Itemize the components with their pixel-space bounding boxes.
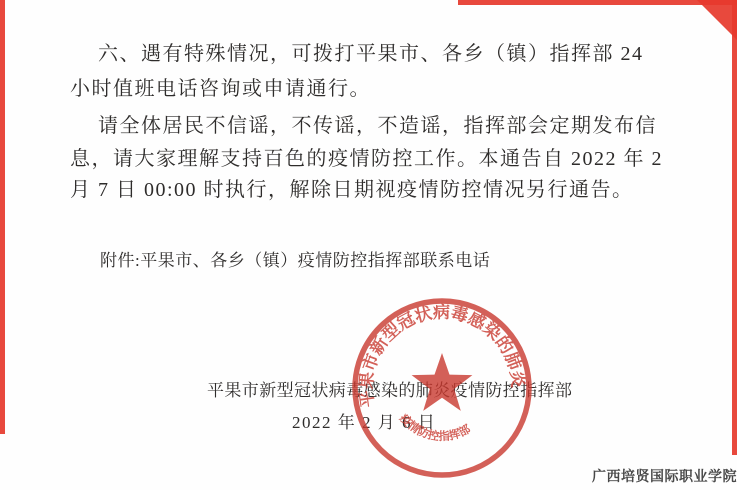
official-seal-stamp: 平果市新型冠状病毒感染的肺炎 疫情防控指挥部 [347,293,537,483]
body-line-5: 月 7 日 00:00 时执行，解除日期视疫情防控情况另行通告。 [70,173,634,202]
body-line-2: 小时值班电话咨询或申请通行。 [70,72,371,101]
seal-star [412,353,473,411]
left-edge-accent [0,0,5,434]
body-line-1: 六、遇有特殊情况，可拨打平果市、各乡（镇）指挥部 24 [98,37,644,66]
watermark-text: 广西培贤国际职业学院 [592,466,737,486]
seal-bottom-text: 疫情防控指挥部 [396,410,473,443]
attachment-line: 附件:平果市、各乡（镇）疫情防控指挥部联系电话 [100,246,490,271]
body-line-3: 请全体居民不信谣，不传谣，不造谣，指挥部会定期发布信 [98,109,657,138]
top-edge-accent [458,0,737,5]
document-page: 六、遇有特殊情况，可拨打平果市、各乡（镇）指挥部 24 小时值班电话咨询或申请通… [0,0,737,490]
body-line-4: 息，请大家理解支持百色的疫情防控工作。本通告自 2022 年 2 [70,142,663,171]
right-edge-accent [732,0,737,455]
top-right-corner-accent [697,0,737,40]
